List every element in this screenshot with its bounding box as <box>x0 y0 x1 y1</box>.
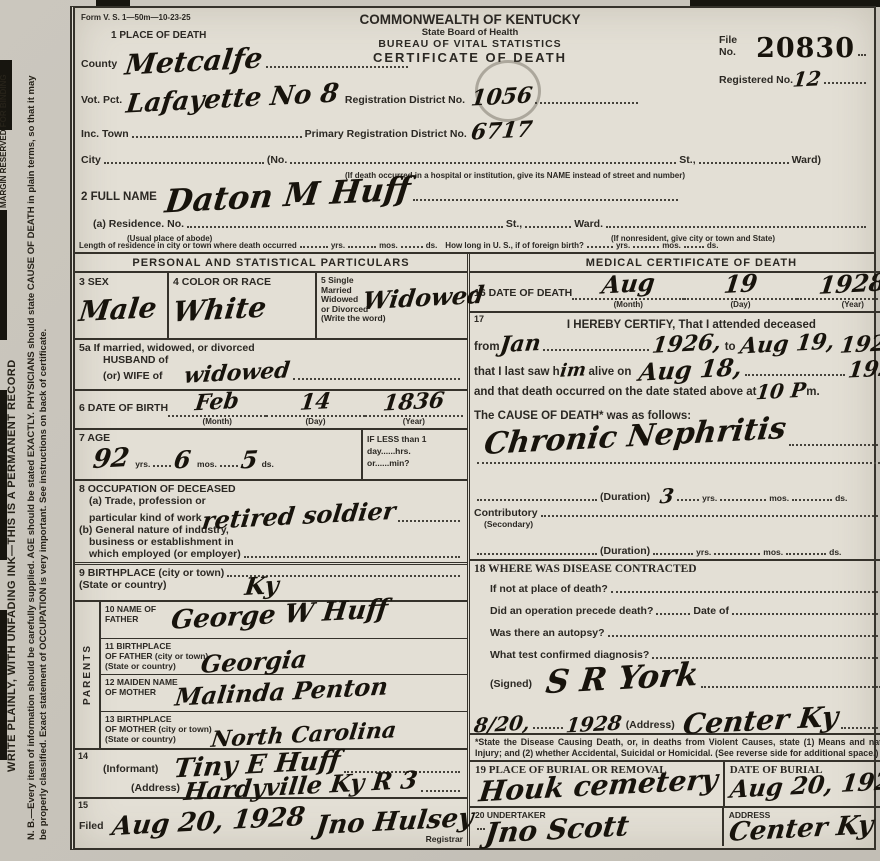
lastsaw-him: im <box>559 364 586 378</box>
age-mos-label: mos. <box>197 459 217 469</box>
father-name-value: George W Huff <box>170 600 389 630</box>
mos-label: mos. <box>379 241 398 250</box>
less-line2: day......hrs. <box>367 445 463 457</box>
residence-ward-label: Ward. <box>574 218 603 230</box>
dotted-line <box>132 136 302 138</box>
from-year-value: 1926, <box>651 335 722 355</box>
lastsaw-mid: alive on <box>589 366 632 378</box>
dotted-line <box>535 102 638 104</box>
primary-district-label: Primary Registration District No. <box>305 128 467 140</box>
undertaker-cell: 20 UNDERTAKER Jno Scott <box>470 808 724 846</box>
signed-year-value: 1928 <box>565 716 622 733</box>
dotted-line <box>104 162 264 164</box>
less-line3: or......min? <box>367 457 463 469</box>
birthplace-section: 9 BIRTHPLACE (city or town) (State or co… <box>75 565 467 602</box>
residence-label: (a) Residence. No. <box>93 218 184 230</box>
m5a-line1: 5a If married, widowed, or divorced <box>79 342 463 354</box>
parents-side-label-cell: PARENTS <box>75 602 101 748</box>
duration2-label: (Duration) <box>600 545 650 557</box>
dod-month-value: Aug <box>601 274 656 294</box>
dotted-line <box>533 727 563 729</box>
commonwealth-title: COMMONWEALTH OF KENTUCKY <box>305 12 635 27</box>
personal-title: PERSONAL AND STATISTICAL PARTICULARS <box>75 254 467 273</box>
county-row: County Metcalfe <box>81 52 411 70</box>
dotted-line <box>720 499 766 501</box>
burial-place-cell: 19 PLACE OF BURIAL OR REMOVAL Houk cemet… <box>470 762 725 806</box>
cause-of-death-section: The CAUSE OF DEATH* was as follows: Chro… <box>470 408 880 481</box>
color-race-value: White <box>172 297 268 322</box>
father-name-row: 10 NAME OF FATHER George W Huff <box>101 602 467 639</box>
duration1-yrs: yrs. <box>702 493 717 503</box>
duration2-yrs: yrs. <box>696 547 711 557</box>
board-title: State Board of Health <box>305 27 635 38</box>
dotted-line <box>714 553 760 555</box>
dotted-line <box>653 553 693 555</box>
mos-label-2: mos. <box>662 241 681 250</box>
month-caption: (Month) <box>168 417 266 426</box>
parents-label: PARENTS <box>82 644 93 705</box>
dob-year-field: 1836 (Year) <box>365 395 463 426</box>
sex-cell: 3 SEX Male <box>75 273 167 338</box>
city-row: City (No. St., Ward) <box>81 154 821 166</box>
sex-color-marital-row: 3 SEX Male 4 COLOR OR RACE White 5 Singl… <box>75 273 467 340</box>
marital-label-line: (Write the word) <box>321 314 463 324</box>
mother-birthplace-value: North Carolina <box>210 723 397 749</box>
registrar-signature: Jno Hulsey <box>315 809 474 836</box>
informant-address-value: Hardyville Ky R 3 <box>183 770 418 800</box>
from-label: from <box>474 341 500 353</box>
filed-label: Filed <box>79 820 104 832</box>
q-operation-label: Did an operation precede death? <box>490 605 653 617</box>
dotted-line <box>543 349 649 351</box>
file-no-row: File No. 20830 <box>719 34 869 58</box>
dotted-line <box>608 635 880 637</box>
color-race-label: 4 COLOR OR RACE <box>173 276 311 288</box>
signed-label: (Signed) <box>490 678 532 690</box>
age-months-value: 6 <box>173 451 192 469</box>
sex-label: 3 SEX <box>79 276 163 288</box>
contributory-label: Contributory <box>474 507 538 519</box>
certify-section: 17 I HEREBY CERTIFY, That I attended dec… <box>470 313 880 408</box>
signed-address-label: (Address) <box>626 719 675 731</box>
mother-birthplace-row: 13 BIRTHPLACE OF MOTHER (city or town) (… <box>101 712 467 748</box>
informant-number: 14 <box>78 751 88 761</box>
dotted-line <box>220 465 238 467</box>
sex-value: Male <box>78 298 158 322</box>
county-value: Metcalfe <box>124 48 264 76</box>
date-of-birth-row: 6 DATE OF BIRTH Feb (Month) 14 (Day) 183… <box>75 391 467 430</box>
city-no-label: (No. <box>267 154 287 166</box>
yrs-label-2: yrs. <box>616 241 630 250</box>
occurred-label: and that death occurred on the date stat… <box>474 386 756 398</box>
file-no-value: 20830 <box>756 39 855 58</box>
margin-write-plainly-note: WRITE PLAINLY, WITH UNFADING INK—THIS IS… <box>6 82 18 772</box>
dotted-line <box>611 591 880 593</box>
signed-address-value: Center Ky <box>682 707 839 735</box>
dotted-line <box>477 553 597 555</box>
undertaker-row: 20 UNDERTAKER Jno Scott ADDRESS Center K… <box>470 808 880 846</box>
file-no-label: File No. <box>719 34 756 58</box>
yrs-label: yrs. <box>331 241 345 250</box>
lastsaw-value: Aug 18, <box>638 358 743 381</box>
filed-number: 15 <box>78 800 88 810</box>
registered-no-row: Registered No. 12 <box>719 72 869 86</box>
city-label: City <box>81 154 101 166</box>
day-caption: (Day) <box>684 300 796 309</box>
dod-day-value: 19 <box>723 274 758 293</box>
place-of-death-label: 1 PLACE OF DEATH <box>111 30 206 41</box>
inc-town-label: Inc. Town <box>81 128 129 140</box>
q-dateof-label: Date of <box>693 605 729 617</box>
age-yrs-label: yrs. <box>135 459 150 469</box>
registered-no-label: Registered No. <box>719 74 793 86</box>
less-line1: IF LESS than 1 <box>367 433 463 445</box>
dob-year-value: 1836 <box>382 393 445 412</box>
personal-particulars-column: PERSONAL AND STATISTICAL PARTICULARS 3 S… <box>75 254 470 846</box>
certify-number: 17 <box>474 314 484 324</box>
margin-nb-note: N. B.—Every item of information should b… <box>26 64 49 840</box>
signed-date-value: 8/20, <box>473 716 531 733</box>
duration2-mos: mos. <box>763 547 783 557</box>
dotted-line <box>841 727 880 729</box>
dod-label: 16 DATE OF DEATH <box>474 287 572 299</box>
dod-year-field: 1928 (Year) <box>797 275 880 309</box>
occurred-value: 10 P <box>756 383 808 400</box>
signed-value: S R York <box>545 663 700 694</box>
dotted-line <box>587 246 613 248</box>
county-label: County <box>81 58 117 70</box>
full-name-value: Daton M Huff <box>164 177 412 213</box>
age-days-value: 5 <box>240 451 259 469</box>
voting-precinct-row: Vot. Pct. Lafayette No 8 Registration Di… <box>81 90 641 106</box>
vot-pct-value: Lafayette No 8 <box>125 84 340 114</box>
age-label: 7 AGE <box>79 432 357 444</box>
dotted-line <box>824 82 866 84</box>
reg-district-label: Registration District No. <box>345 94 465 106</box>
residence-st-label: St., <box>506 218 522 230</box>
duration1-label: (Duration) <box>600 491 650 503</box>
father-birthplace-value: Georgia <box>200 650 308 673</box>
length-label: Length of residence in city or town wher… <box>79 241 297 250</box>
dotted-line <box>789 444 880 446</box>
if-less-cell: IF LESS than 1 day......hrs. or......min… <box>361 430 467 479</box>
married-to-section: 5a If married, widowed, or divorced HUSB… <box>75 340 467 391</box>
duration1-row: (Duration) 3 yrs. mos. ds. <box>470 481 880 505</box>
year-caption: (Year) <box>365 417 463 426</box>
to-label: to <box>725 341 736 353</box>
city-ward-label: Ward) <box>792 154 821 166</box>
dotted-line <box>244 556 460 558</box>
cause-footnote: *State the Disease Causing Death, or, in… <box>470 735 880 762</box>
occurred-unit: m. <box>806 386 819 398</box>
form-header: Form V. S. 1—50m—10-23-25 1 PLACE OF DEA… <box>75 8 874 254</box>
contributory-row: Contributory (Secondary) <box>470 505 880 537</box>
birthplace-label: 9 BIRTHPLACE (city or town) <box>79 567 224 579</box>
year-caption: (Year) <box>797 300 880 309</box>
birthplace-value: Ky <box>244 576 280 595</box>
dotted-line <box>792 499 832 501</box>
age-years-value: 92 <box>92 449 130 470</box>
registered-no-value: 12 <box>792 71 822 87</box>
day-caption: (Day) <box>266 417 364 426</box>
form-number: Form V. S. 1—50m—10-23-25 <box>81 13 191 22</box>
city-st-label: St., <box>679 154 695 166</box>
mother-name-row: 12 MAIDEN NAME OF MOTHER Malinda Penton <box>101 675 467 712</box>
dob-label: 6 DATE OF BIRTH <box>79 402 168 414</box>
dotted-line <box>401 246 423 248</box>
death-certificate-form: Form V. S. 1—50m—10-23-25 1 PLACE OF DEA… <box>70 6 876 850</box>
length-of-residence-row: Length of residence in city or town wher… <box>79 241 875 250</box>
signed-date-row: 8/20, 1928 (Address) Center Ky <box>470 709 880 735</box>
informant-section: 14 (Informant) Tiny E Huff (Address) Har… <box>75 750 467 799</box>
form-body: PERSONAL AND STATISTICAL PARTICULARS 3 S… <box>75 254 874 846</box>
burial-date-value: Aug 20, 1928 <box>729 772 880 799</box>
undertaker-value: Jno Scott <box>484 816 630 844</box>
blank-rule-line <box>477 462 880 464</box>
mother-name-value: Malinda Penton <box>174 678 389 707</box>
duration2-row: (Duration) yrs. mos. ds. <box>470 537 880 561</box>
dob-month-value: Feb <box>194 394 240 412</box>
burial-place-value: Houk cemetery <box>478 770 719 803</box>
father-birthplace-row: 11 BIRTHPLACE OF FATHER (city or town) (… <box>101 639 467 676</box>
bureau-title: BUREAU OF VITAL STATISTICS <box>305 38 635 50</box>
ds-label-2: ds. <box>707 241 719 250</box>
dotted-line <box>413 199 678 201</box>
filed-date-value: Aug 20, 1928 <box>110 808 305 837</box>
filed-section: 15 Filed Aug 20, 1928 Jno Hulsey Registr… <box>75 799 467 846</box>
dotted-line <box>290 162 676 164</box>
primary-district-value: 6717 <box>470 122 533 141</box>
dod-month-field: Aug (Month) <box>572 275 684 309</box>
marital-value: Widowed <box>362 286 485 310</box>
dotted-line <box>421 790 460 792</box>
parents-section: PARENTS 10 NAME OF FATHER George W Huff … <box>75 602 467 750</box>
dotted-line <box>606 226 866 228</box>
color-race-cell: 4 COLOR OR RACE White <box>167 273 317 338</box>
dotted-line <box>477 499 597 501</box>
age-row: 7 AGE 92 yrs. 6 mos. 5 ds. <box>75 430 467 481</box>
duration2-ds: ds. <box>829 547 841 557</box>
date-of-death-row: 16 DATE OF DEATH Aug (Month) 19 (Day) 19… <box>470 273 880 313</box>
duration1-mos: mos. <box>769 493 789 503</box>
residence-row: (a) Residence. No. St., Ward. <box>93 218 869 230</box>
age-ds-label: ds. <box>262 459 274 469</box>
dob-day-field: 14 (Day) <box>266 395 364 426</box>
contracted-label: 18 WHERE WAS DISEASE CONTRACTED <box>474 563 880 575</box>
dob-day-value: 14 <box>299 394 332 412</box>
dotted-line <box>656 613 690 615</box>
to-value: Aug 19, <box>739 334 835 355</box>
cause-value: Chronic Nephritis <box>483 418 787 456</box>
undertaker-address-cell: ADDRESS Center Ky <box>724 808 880 846</box>
secondary-label: (Secondary) <box>484 519 880 529</box>
occupation-b2: business or establishment in <box>89 536 463 548</box>
dotted-line <box>293 378 460 380</box>
dotted-line <box>699 162 789 164</box>
dotted-line <box>684 246 704 248</box>
dotted-line <box>525 226 571 228</box>
burial-row: 19 PLACE OF BURIAL OR REMOVAL Houk cemet… <box>470 762 880 808</box>
dotted-line <box>348 246 376 248</box>
dotted-line <box>858 54 866 56</box>
dotted-line <box>398 520 460 522</box>
inc-town-row: Inc. Town Primary Registration District … <box>81 124 601 140</box>
full-name-row: 2 FULL NAME Daton M Huff <box>81 184 681 203</box>
q-place-label: If not at place of death? <box>490 583 608 595</box>
dotted-line <box>745 374 844 376</box>
occupation-a2: particular kind of work <box>89 512 202 524</box>
from-value: Jan <box>499 336 542 354</box>
duration1-ds: ds. <box>835 493 847 503</box>
dotted-line <box>677 499 699 501</box>
to-year-value: 1928, <box>839 335 880 355</box>
undertaker-address-value: Center Ky <box>728 816 874 842</box>
disease-contracted-section: 18 WHERE WAS DISEASE CONTRACTED If not a… <box>470 561 880 710</box>
medical-title: MEDICAL CERTIFICATE OF DEATH <box>470 254 880 273</box>
dotted-line <box>153 465 171 467</box>
reg-district-value: 1056 <box>470 88 533 107</box>
burial-date-cell: DATE OF BURIAL Aug 20, 1928 <box>725 762 880 806</box>
dotted-line <box>701 686 880 688</box>
m5a-line3: (or) WIFE of <box>103 370 162 382</box>
full-name-label: 2 FULL NAME <box>81 191 157 203</box>
occupation-section: 8 OCCUPATION OF DECEASED (a) Trade, prof… <box>75 481 467 565</box>
vot-pct-label: Vot. Pct. <box>81 94 122 106</box>
age-cell: 7 AGE 92 yrs. 6 mos. 5 ds. <box>75 430 361 479</box>
duration1-value: 3 <box>659 488 675 503</box>
dotted-line <box>732 613 880 615</box>
medical-certificate-column: MEDICAL CERTIFICATE OF DEATH 16 DATE OF … <box>470 254 880 846</box>
dob-month-field: Feb (Month) <box>168 395 266 426</box>
scanned-certificate: MARGIN RESERVED FOR BINDING WRITE PLAINL… <box>0 0 880 861</box>
dod-day-field: 19 (Day) <box>684 275 796 309</box>
month-caption: (Month) <box>572 300 684 309</box>
dotted-line <box>266 66 408 68</box>
dotted-line <box>541 515 880 517</box>
dotted-line <box>300 246 328 248</box>
informant-label: (Informant) <box>103 763 158 775</box>
occupation-label: 8 OCCUPATION OF DECEASED <box>79 483 463 495</box>
dotted-line <box>187 226 503 228</box>
q-autopsy-label: Was there an autopsy? <box>490 627 605 639</box>
ds-label: ds. <box>426 241 438 250</box>
dotted-line <box>633 246 659 248</box>
occupation-a-value: retired soldier <box>201 502 396 530</box>
dotted-line <box>786 553 826 555</box>
lastsaw-pre: that I last saw h <box>474 366 560 378</box>
occupation-b3: which employed (or employer) <box>89 548 241 560</box>
dod-year-value: 1928 <box>818 273 880 294</box>
marital-cell: 5 Single Married Widowed or Divorced (Wr… <box>317 273 467 338</box>
lastsaw-year-value: 1928 <box>847 361 880 380</box>
howlong-label: How long in U. S., if of foreign birth? <box>445 241 584 250</box>
m5a-value: widowed <box>184 363 291 384</box>
